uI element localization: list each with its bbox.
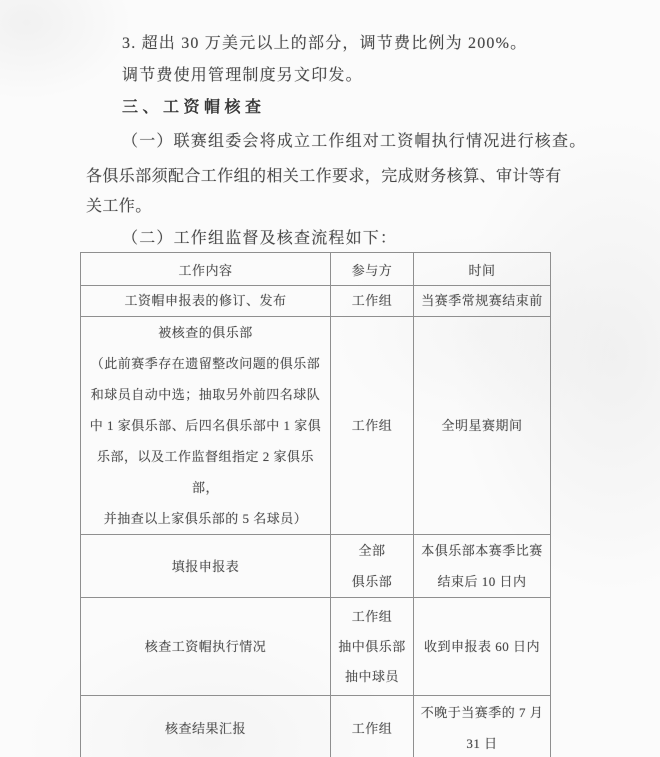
cell-time: 不晚于当赛季的 7 月31 日	[414, 696, 551, 757]
cell-participant: 工作组	[331, 696, 414, 757]
section-heading: 三、工资帽核查	[122, 97, 266, 119]
table-row: 工资帽申报表的修订、发布 工作组 当赛季常规赛结束前	[81, 286, 551, 317]
cell-participant: 工作组	[331, 286, 414, 317]
cell-participant: 工作组抽中俱乐部抽中球员	[331, 598, 414, 696]
table-row: 核查工资帽执行情况 工作组抽中俱乐部抽中球员 收到申报表 60 日内	[81, 598, 551, 696]
header-participant: 参与方	[331, 253, 414, 286]
item-2-intro: （二）工作组监督及核查流程如下：	[122, 228, 397, 250]
header-time: 时间	[414, 253, 551, 286]
header-work-content: 工作内容	[81, 253, 331, 286]
table-header-row: 工作内容 参与方 时间	[81, 253, 551, 286]
cell-participant: 工作组	[331, 317, 414, 535]
table-row: 被核查的俱乐部（此前赛季存在遗留整改问题的俱乐部和球员自动中选；抽取另外前四名球…	[81, 317, 551, 535]
item-1-line-3: 关工作。	[86, 196, 152, 218]
cell-work-content: 填报申报表	[81, 535, 331, 598]
cell-participant: 全部俱乐部	[331, 535, 414, 598]
table-row: 填报申报表 全部俱乐部 本俱乐部本赛季比赛结束后 10 日内	[81, 535, 551, 598]
verification-process-table: 工作内容 参与方 时间 工资帽申报表的修订、发布 工作组 当赛季常规赛结束前 被…	[80, 252, 551, 757]
cell-work-content: 被核查的俱乐部（此前赛季存在遗留整改问题的俱乐部和球员自动中选；抽取另外前四名球…	[81, 317, 331, 535]
cell-time: 收到申报表 60 日内	[414, 598, 551, 696]
cell-time: 当赛季常规赛结束前	[414, 286, 551, 317]
cell-time: 全明星赛期间	[414, 317, 551, 535]
cell-work-content: 核查工资帽执行情况	[81, 598, 331, 696]
cell-time: 本俱乐部本赛季比赛结束后 10 日内	[414, 535, 551, 598]
item-1-line-1: （一）联赛组委会将成立工作组对工资帽执行情况进行核查。	[122, 131, 586, 153]
clause-3-text: 3. 超出 30 万美元以上的部分，调节费比例为 200%。	[122, 33, 527, 55]
document-page: 3. 超出 30 万美元以上的部分，调节费比例为 200%。 调节费使用管理制度…	[0, 0, 660, 757]
table-row: 核查结果汇报 工作组 不晚于当赛季的 7 月31 日	[81, 696, 551, 757]
cell-work-content: 工资帽申报表的修订、发布	[81, 286, 331, 317]
adjustment-fee-note: 调节费使用管理制度另文印发。	[122, 65, 363, 87]
item-1-line-2: 各俱乐部须配合工作组的相关工作要求，完成财务核算、审计等有	[86, 166, 562, 188]
cell-work-content: 核查结果汇报	[81, 696, 331, 757]
